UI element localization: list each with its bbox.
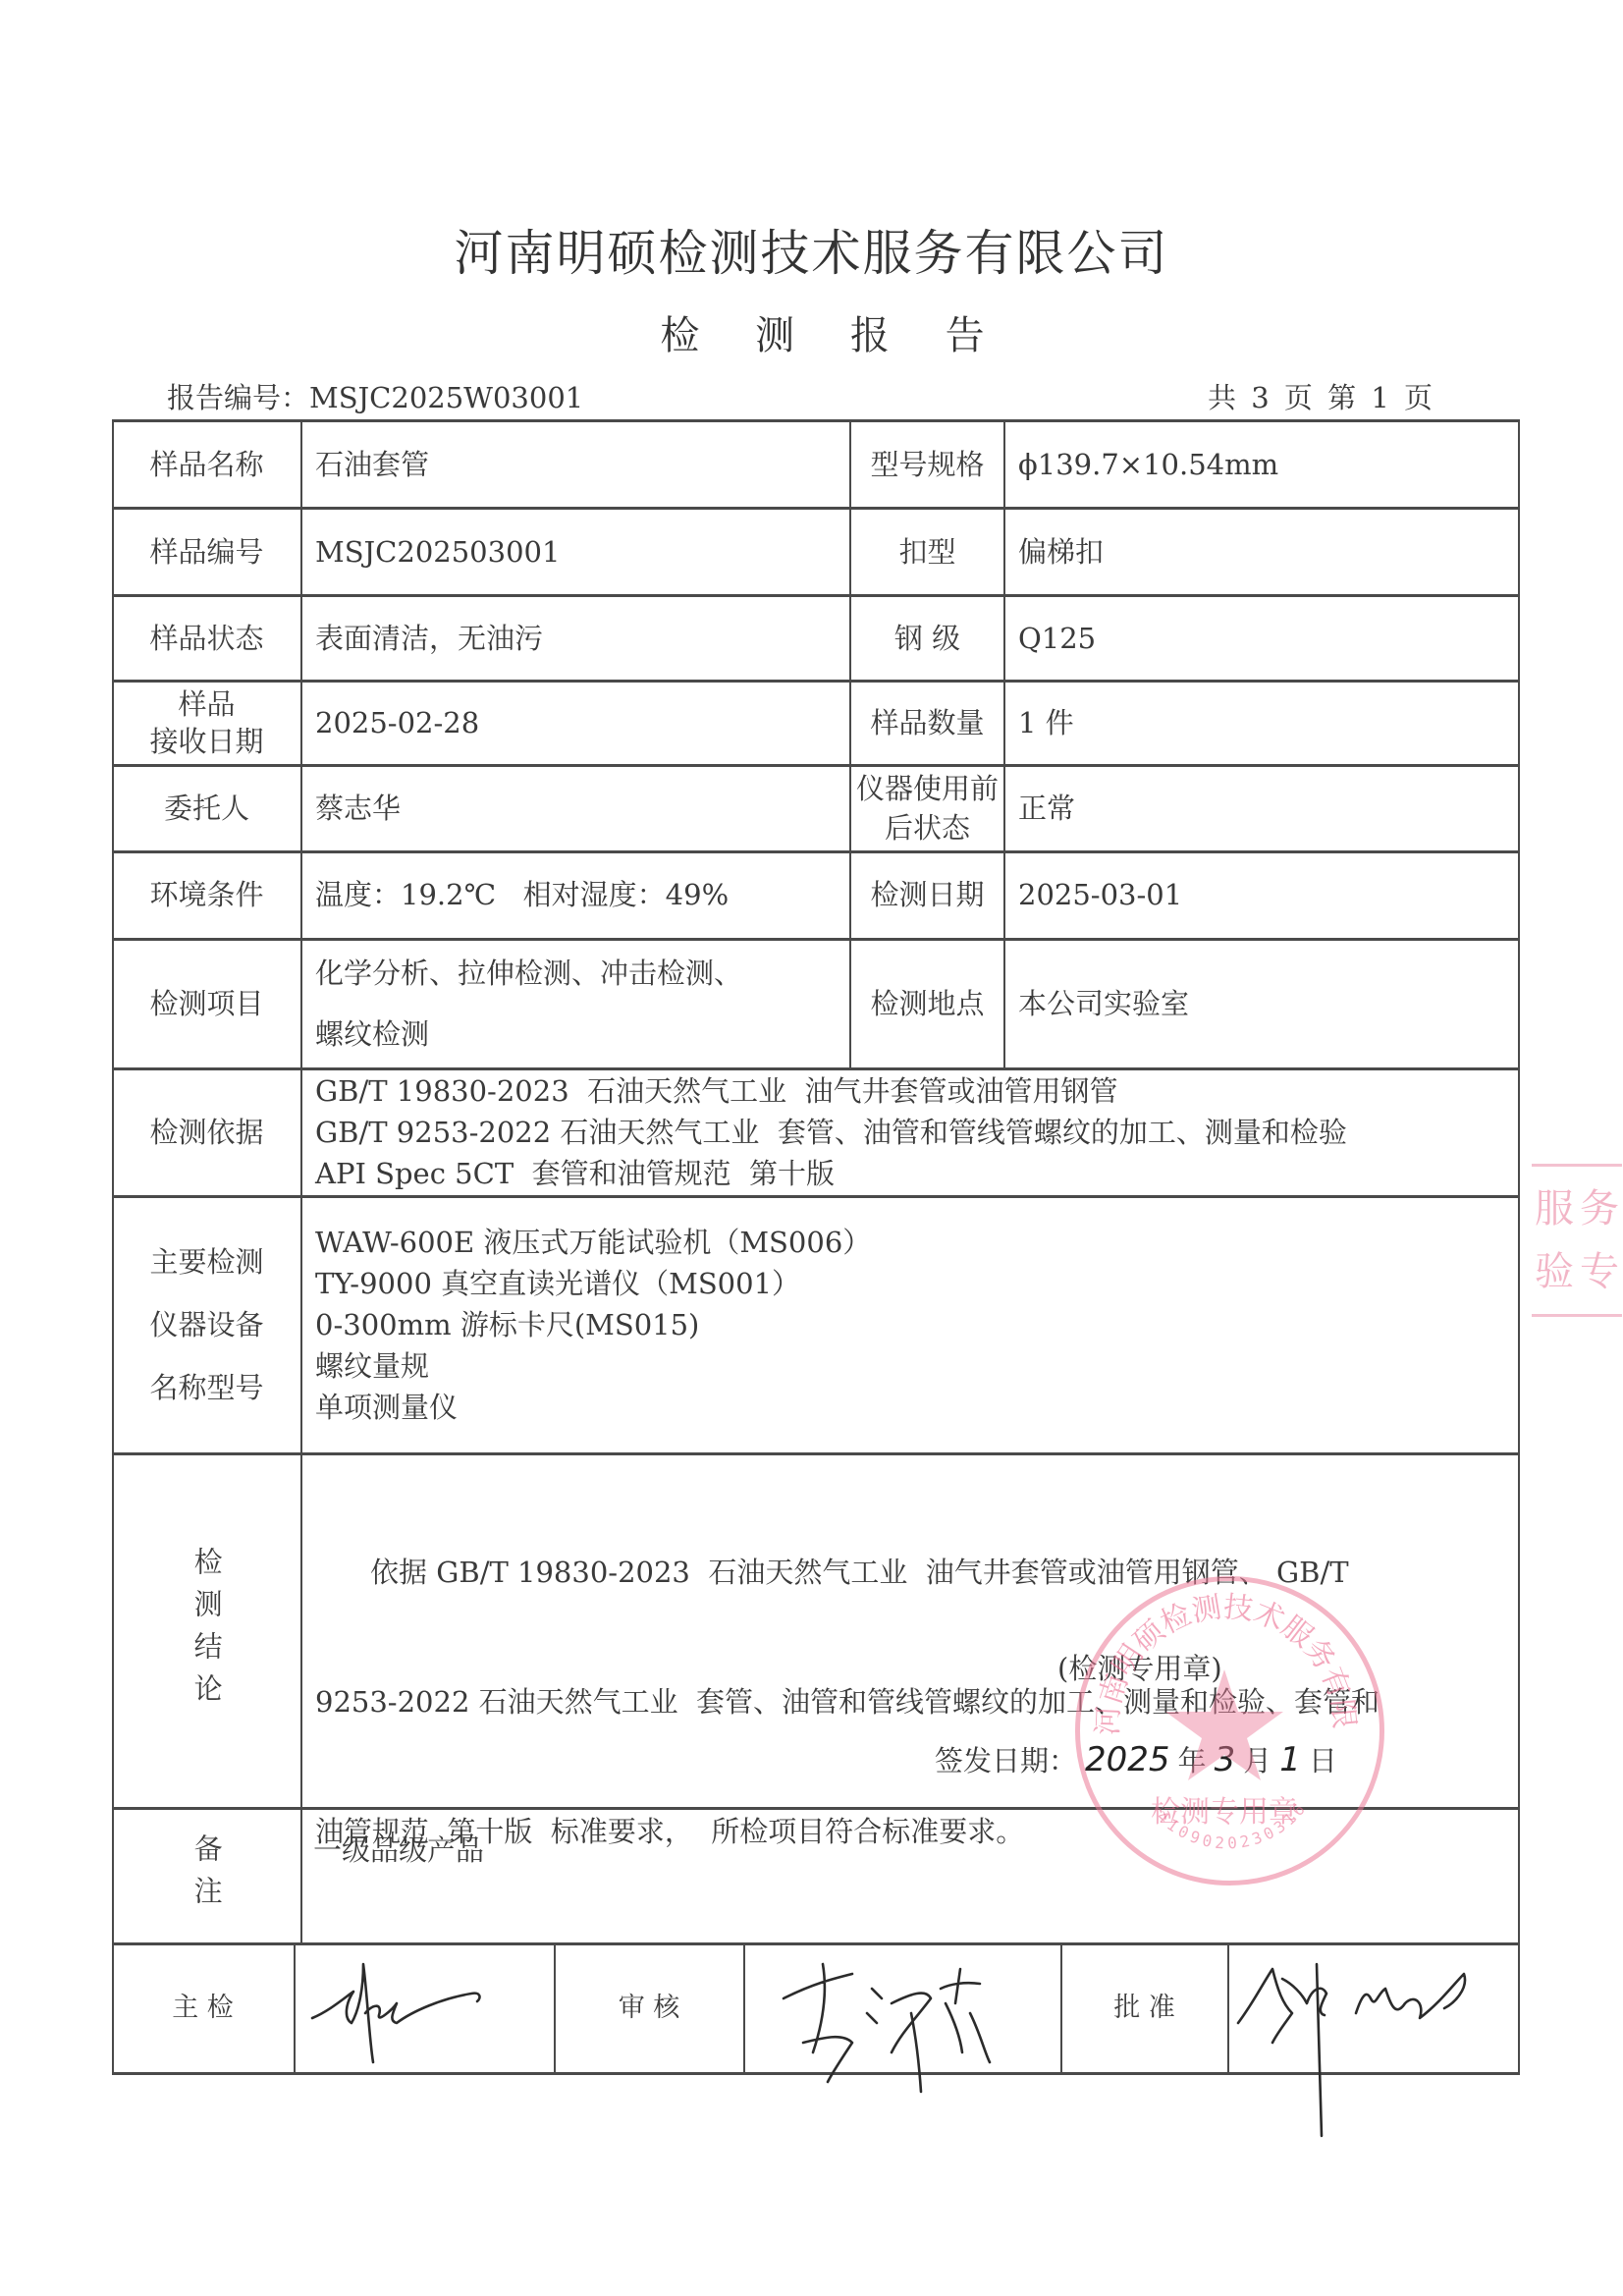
basis-line: API Spec 5CT 套管和油管规范 第十版 xyxy=(315,1153,835,1194)
stamp-char: 专 xyxy=(1577,1240,1622,1303)
label-remarks: 备注 xyxy=(112,1809,301,1942)
label-line: 主要检测 xyxy=(149,1230,263,1293)
value-test-items: 化学分析、拉伸检测、冲击检测、 螺纹检测 xyxy=(301,940,849,1067)
remarks-label-text: 备注 xyxy=(189,1833,224,1918)
value-sample-name: 石油套管 xyxy=(301,421,849,508)
handwritten-month: 3 xyxy=(1215,1739,1236,1781)
equipment-item: 螺纹量规 xyxy=(315,1345,429,1387)
label-line: 接收日期 xyxy=(149,723,263,760)
label-sample-no: 样品编号 xyxy=(112,509,301,595)
label-instrument-state: 仪器使用前 后状态 xyxy=(850,766,1004,850)
signature-icon xyxy=(295,1944,554,2072)
label-line: 样品 xyxy=(178,685,235,723)
value-environment: 温度：19.2℃ 相对湿度：49% xyxy=(301,852,849,938)
value-client: 蔡志华 xyxy=(301,766,849,850)
stamp-char: 务 xyxy=(1577,1177,1622,1240)
value-instrument-state: 正常 xyxy=(1004,766,1519,850)
label-inspector: 主 检 xyxy=(112,1944,294,2072)
approver-signature xyxy=(1228,1944,1519,2072)
label-client: 委托人 xyxy=(112,766,301,850)
value-equipment: WAW-600E 液压式万能试验机（MS006） TY-9000 真空直读光谱仪… xyxy=(301,1197,1519,1452)
signature-icon xyxy=(1228,1944,1519,2141)
day-unit: 日 xyxy=(1309,1743,1337,1778)
value-test-location: 本公司实验室 xyxy=(1004,940,1519,1067)
handwritten-year: 2025 xyxy=(1085,1739,1170,1781)
basis-line: GB/T 9253-2022 石油天然气工业 套管、油管和管线管螺纹的加工、测量… xyxy=(315,1112,1347,1153)
basis-line: GB/T 19830-2023 石油天然气工业 油气井套管或油管用钢管 xyxy=(315,1070,1118,1112)
value-model-spec: ϕ139.7×10.54mm xyxy=(1004,421,1519,508)
label-sample-name: 样品名称 xyxy=(112,421,301,508)
label-sample-qty: 样品数量 xyxy=(850,682,1004,764)
value-test-basis: GB/T 19830-2023 石油天然气工业 油气井套管或油管用钢管 GB/T… xyxy=(301,1069,1519,1195)
label-test-location: 检测地点 xyxy=(850,940,1004,1067)
issue-date: 签发日期： 2025 年 3 月 1 日 xyxy=(935,1739,1337,1781)
value-test-date: 2025-03-01 xyxy=(1004,852,1519,938)
value-thread-type: 偏梯扣 xyxy=(1004,509,1519,595)
label-line: 仪器使用前 xyxy=(856,769,999,808)
report-number: 报告编号：MSJC2025W03001 xyxy=(167,376,583,416)
year-unit: 年 xyxy=(1178,1743,1207,1778)
page-info: 共 3 页 第 1 页 xyxy=(1208,376,1433,416)
label-receive-date: 样品 接收日期 xyxy=(112,682,301,764)
company-name: 河南明硕检测技术服务有限公司 xyxy=(0,214,1623,285)
issue-date-label: 签发日期： xyxy=(935,1743,1077,1778)
label-line: 后状态 xyxy=(885,808,970,847)
label-reviewer: 审 核 xyxy=(555,1944,743,2072)
stamp-char: 验 xyxy=(1532,1240,1577,1303)
label-equipment: 主要检测 仪器设备 名称型号 xyxy=(112,1197,301,1452)
value-sample-no: MSJC202503001 xyxy=(301,509,849,595)
label-sample-state: 样品状态 xyxy=(112,596,301,681)
test-items-line: 化学分析、拉伸检测、冲击检测、 xyxy=(315,943,742,1004)
conclusion-line: 9253-2022 石油天然气工业 套管、油管和管线管螺纹的加工、测量和检验、套… xyxy=(315,1680,1503,1723)
label-steel-grade: 钢 级 xyxy=(850,596,1004,681)
label-conclusion: 检测结论 xyxy=(112,1454,301,1807)
label-test-basis: 检测依据 xyxy=(112,1069,301,1195)
equipment-item: 0-300mm 游标卡尺(MS015) xyxy=(315,1304,699,1345)
signature-icon xyxy=(744,1944,1060,2111)
label-line: 名称型号 xyxy=(149,1356,263,1419)
reviewer-signature xyxy=(744,1944,1060,2072)
label-test-date: 检测日期 xyxy=(850,852,1004,938)
label-approver: 批 准 xyxy=(1061,1944,1227,2072)
value-receive-date: 2025-02-28 xyxy=(301,682,849,764)
stamp-char: 服 xyxy=(1532,1177,1577,1240)
label-model-spec: 型号规格 xyxy=(850,421,1004,508)
inspector-signature xyxy=(295,1944,554,2072)
conclusion-line: 依据 GB/T 19830-2023 石油天然气工业 油气井套管或油管用钢管、 … xyxy=(315,1551,1503,1594)
value-steel-grade: Q125 xyxy=(1004,596,1519,681)
label-line: 仪器设备 xyxy=(149,1293,263,1356)
value-sample-state: 表面清洁，无油污 xyxy=(301,596,849,681)
seal-note: (检测专用章) xyxy=(1057,1651,1222,1686)
label-environment: 环境条件 xyxy=(112,852,301,938)
margin-seal-stamp: 服 务 验 专 xyxy=(1532,1164,1622,1317)
value-sample-qty: 1 件 xyxy=(1004,682,1519,764)
equipment-item: WAW-600E 液压式万能试验机（MS006） xyxy=(315,1222,871,1263)
value-remarks: 一级品级产品 xyxy=(301,1809,1519,1942)
label-thread-type: 扣型 xyxy=(850,509,1004,595)
equipment-item: TY-9000 真空直读光谱仪（MS001） xyxy=(315,1263,800,1304)
document-title: 检 测 报 告 xyxy=(0,304,1623,360)
label-test-items: 检测项目 xyxy=(112,940,301,1067)
value-conclusion: 依据 GB/T 19830-2023 石油天然气工业 油气井套管或油管用钢管、 … xyxy=(301,1454,1519,1807)
equipment-item: 单项测量仪 xyxy=(315,1387,458,1428)
conclusion-label-text: 检测结论 xyxy=(189,1547,224,1716)
test-items-line: 螺纹检测 xyxy=(315,1004,429,1065)
handwritten-day: 1 xyxy=(1279,1739,1301,1781)
month-unit: 月 xyxy=(1243,1743,1271,1778)
